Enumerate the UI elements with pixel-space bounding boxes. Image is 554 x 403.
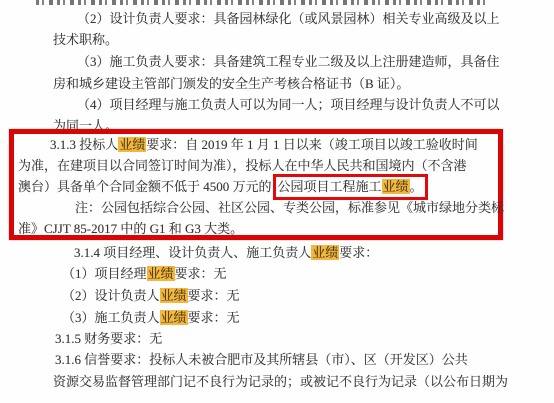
yeji-highlight-1: 业绩: [118, 137, 146, 152]
requirement-3-line1: （3）施工负责人要求：具备建筑工程专业二级及以上注册建造师，具备住: [77, 53, 500, 70]
section-3-1-3-line3-lead: 澳台）具备单个合同金额不低于 4500 万元的: [18, 179, 272, 194]
yeji-highlight-4: 业绩: [147, 266, 175, 281]
yeji-highlight-6: 业绩: [160, 310, 188, 325]
requirement-3-line2: 房和城乡建设主管部门颁发的安全生产考核合格证书（B 证）。: [53, 75, 409, 92]
note-line2: 准》CJJT 85-2017 中的 G1 和 G3 大类。: [18, 220, 243, 237]
item-3-line: （3）施工负责人业绩要求：无: [62, 309, 240, 326]
section-3-1-4-heading: 3.1.4 项目经理、设计负责人、施工负责人业绩要求：: [74, 244, 378, 261]
yeji-highlight-2: 业绩: [382, 179, 410, 194]
yeji-highlight-5: 业绩: [160, 288, 188, 303]
requirement-4-line1: （4）项目经理与施工负责人可以为同一人；项目经理与设计负责人不可以: [77, 96, 500, 113]
section-3-1-4-rest: 要求：: [339, 245, 378, 260]
requirement-2-line2: 技术职称。: [53, 31, 118, 48]
section-3-1-4-lead: 3.1.4 项目经理、设计负责人、施工负责人: [74, 245, 311, 260]
item-2-lead: （2）设计负责人: [62, 288, 160, 303]
section-3-1-3-line1-rest: 要求：自 2019 年 1 月 1 日以来（竣工项目以竣工验收时间: [146, 137, 478, 152]
item-2-line: （2）设计负责人业绩要求：无: [62, 287, 240, 304]
section-3-1-6-line1: 3.1.6 信誉要求：投标人未被合肥市及其所辖县（市）、区（开发区）公共: [55, 351, 468, 368]
item-3-lead: （3）施工负责人: [62, 310, 160, 325]
requirement-2-line1: （2）设计负责人要求：具备园林绿化（或风景园林）相关专业高级及以上: [77, 10, 500, 27]
document-page: （2）设计负责人要求：具备园林绿化（或风景园林）相关专业高级及以上 技术职称。 …: [0, 0, 554, 403]
item-1-line: （1）项目经理业绩要求：无: [62, 265, 227, 282]
item-2-rest: 要求：无: [188, 288, 240, 303]
section-3-1-3-line3: 澳台）具备单个合同金额不低于 4500 万元的公园项目工程施工业绩。: [18, 178, 428, 200]
boxed-phrase: 公园项目工程施工: [278, 179, 382, 194]
section-3-1-3-number-and-text: 3.1.3 投标人: [50, 137, 118, 152]
section-3-1-5-line: 3.1.5 财务要求：无: [55, 330, 162, 347]
yeji-highlight-3: 业绩: [311, 245, 339, 260]
section-3-1-3-line2: 为准，在建项目以合同签订时间为准），投标人在中华人民共和国境内（不含港: [18, 157, 467, 174]
note-line1: 注：公园包括综合公园、社区公园、专类公园，标准参见《城市绿地分类标: [75, 199, 504, 216]
section-3-1-6-line2: 资源交易监督管理部门记不良行为记录的；或被记不良行为记录（以公布日期为: [53, 373, 508, 390]
requirement-4-line2: 为同一人。: [53, 117, 118, 134]
item-1-lead: （1）项目经理: [62, 266, 147, 281]
item-1-rest: 要求：无: [175, 266, 227, 281]
boxed-phrase-period: 。: [410, 179, 423, 194]
clipped-text-top: [36, 0, 488, 5]
item-3-rest: 要求：无: [188, 310, 240, 325]
section-3-1-3-line1: 3.1.3 投标人业绩要求：自 2019 年 1 月 1 日以来（竣工项目以竣工…: [50, 136, 478, 153]
red-inner-box: 公园项目工程施工业绩。: [273, 174, 428, 200]
